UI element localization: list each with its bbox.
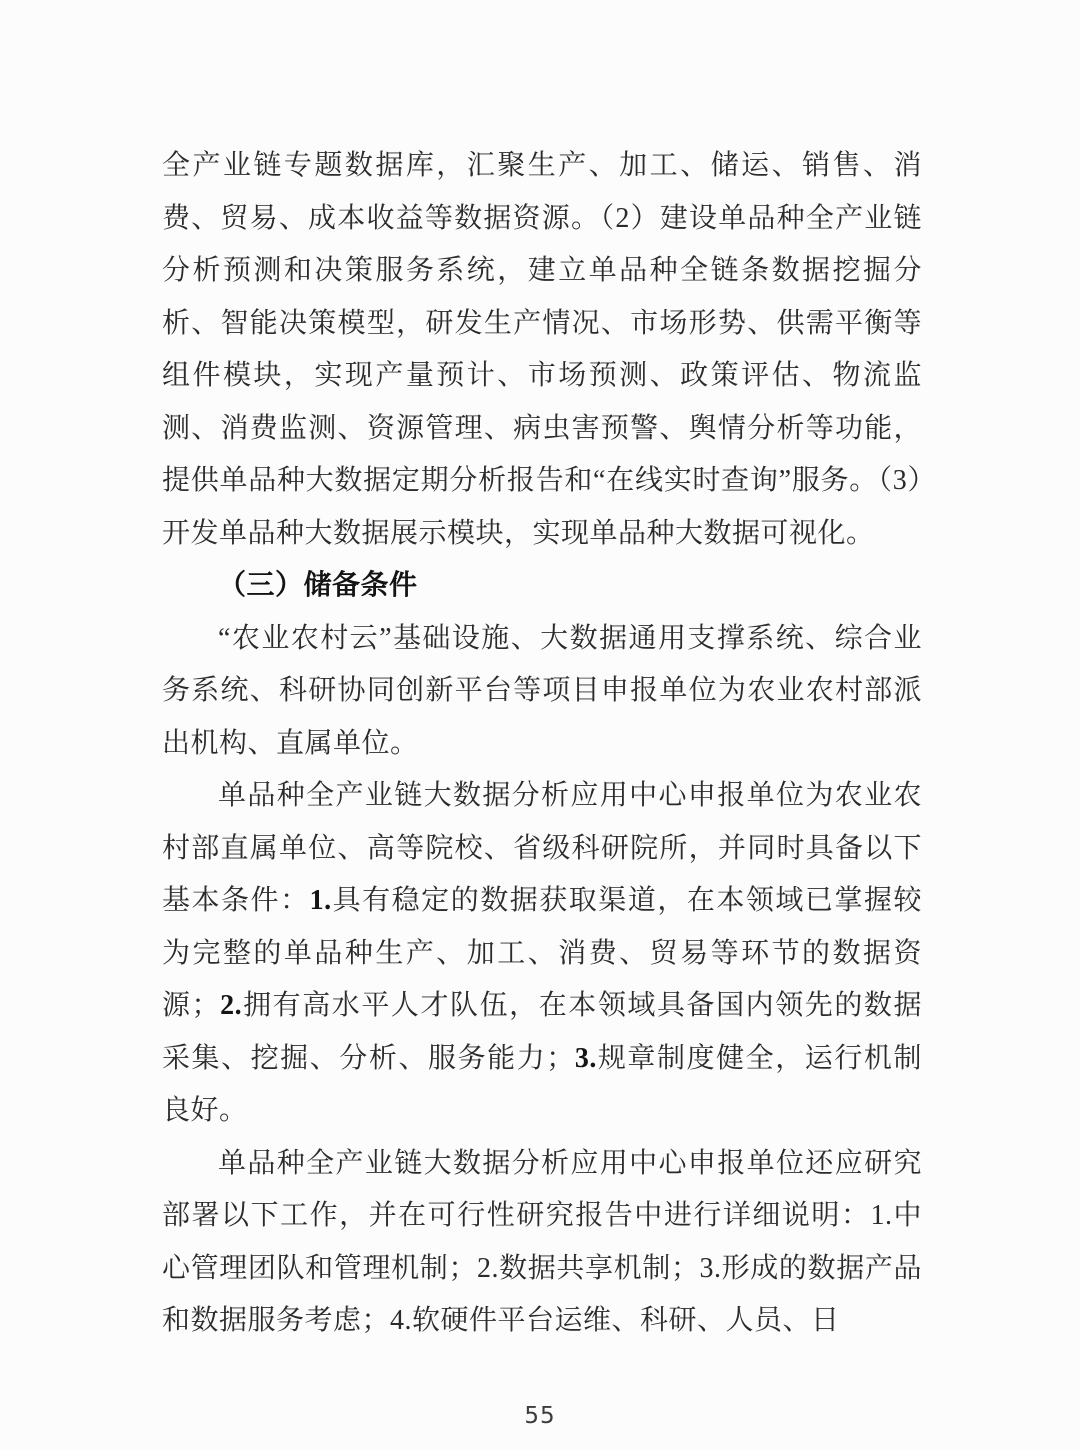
page-number: 55 [0, 1403, 1080, 1429]
document-page: 全产业链专题数据库，汇聚生产、加工、储运、销售、消费、贸易、成本收益等数据资源。… [0, 0, 1080, 1450]
paragraph-deployment-work: 单品种全产业链大数据分析应用中心申报单位还应研究部署以下工作，并在可行性研究报告… [162, 1138, 922, 1348]
section-heading: （三）储备条件 [162, 560, 922, 613]
document-body: 全产业链专题数据库，汇聚生产、加工、储运、销售、消费、贸易、成本收益等数据资源。… [162, 140, 922, 1348]
paragraph-basic-conditions: 单品种全产业链大数据分析应用中心申报单位为农业农村部直属单位、高等院校、省级科研… [162, 770, 922, 1138]
text-run-bold-3: 3. [575, 1043, 597, 1074]
text-run-bold-2: 2. [220, 990, 242, 1021]
text-run-bold-1: 1. [310, 885, 332, 916]
paragraph-continuation: 全产业链专题数据库，汇聚生产、加工、储运、销售、消费、贸易、成本收益等数据资源。… [162, 140, 922, 560]
paragraph-eligible-units: “农业农村云”基础设施、大数据通用支撑系统、综合业务系统、科研协同创新平台等项目… [162, 613, 922, 771]
